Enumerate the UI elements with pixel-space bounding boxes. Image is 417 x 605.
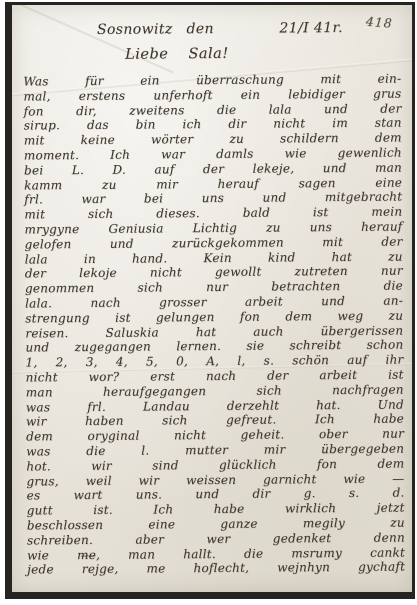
page-number: 418 (365, 14, 393, 31)
letter-line: jede rejge, me hoflecht, wejnhyn gychaft (27, 560, 405, 578)
dateline-date: 21/I 41r. (279, 20, 343, 36)
dateline: Sosnowitz den 21/I 41r. (97, 20, 343, 38)
letter-body: Was für ein überraschung mit ein- mal, e… (23, 72, 405, 578)
letter-scan: 418 Sosnowitz den 21/I 41r. Liebe Sala! … (0, 0, 417, 605)
salutation: Liebe Sala! (125, 45, 401, 63)
dateline-place: Sosnowitz den (97, 21, 214, 38)
letter-content: 418 Sosnowitz den 21/I 41r. Liebe Sala! … (23, 12, 405, 578)
letter-paper: 418 Sosnowitz den 21/I 41r. Liebe Sala! … (12, 5, 412, 592)
